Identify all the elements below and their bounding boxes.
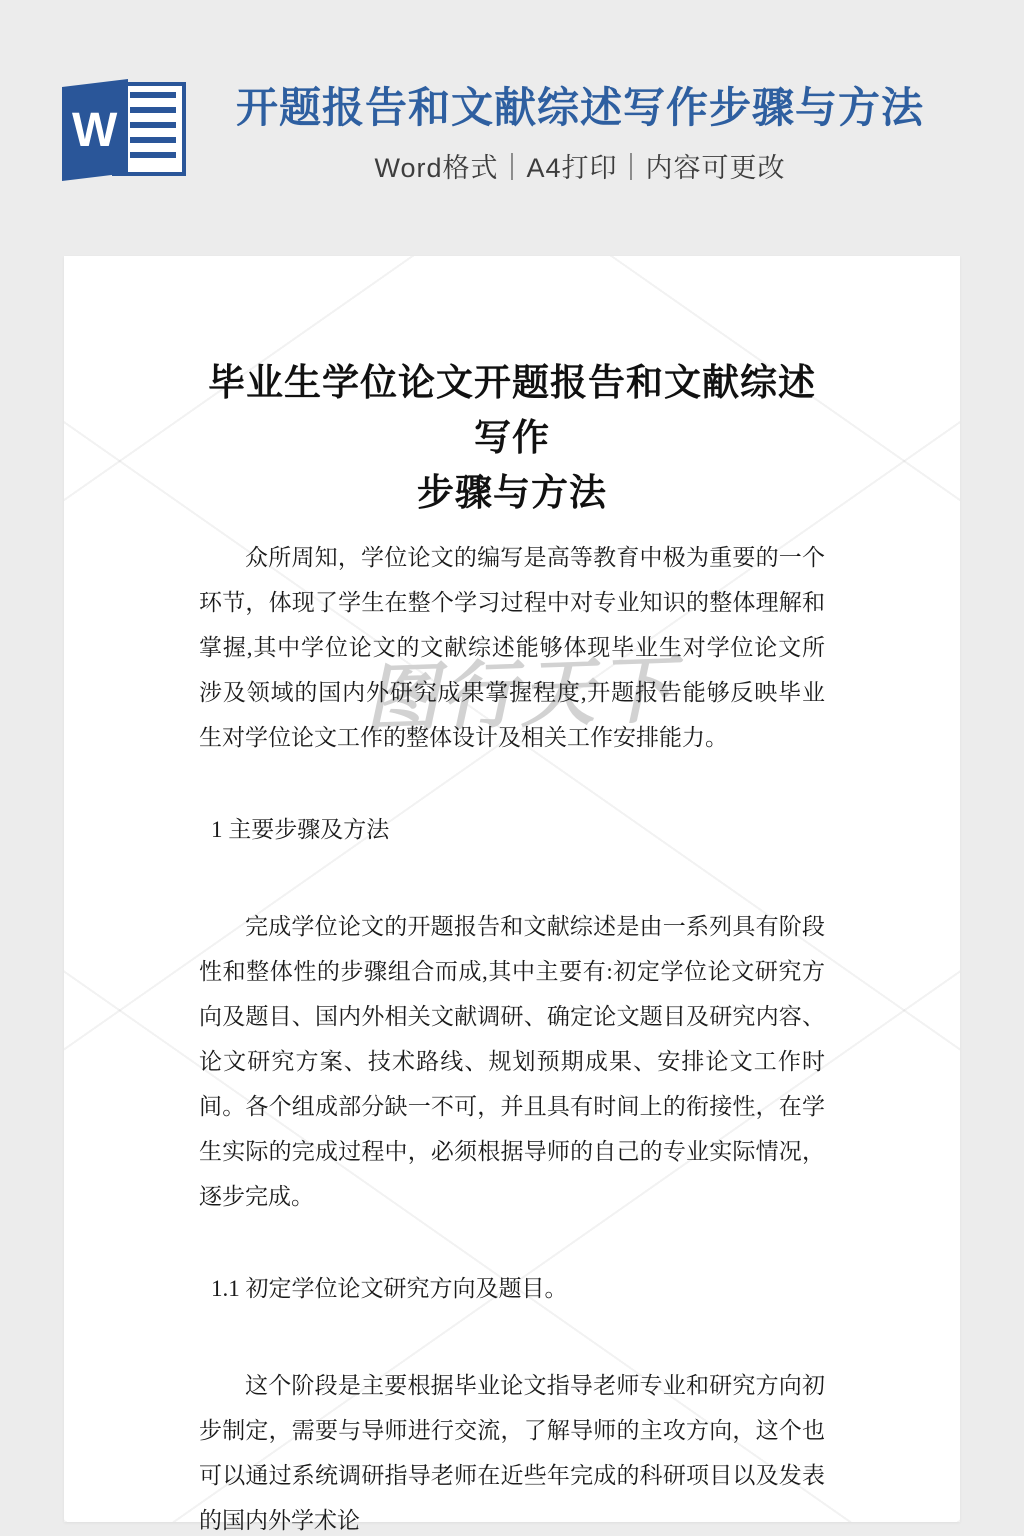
header-text: 开题报告和文献综述写作步骤与方法 Word格式｜A4打印｜内容可更改 <box>236 76 924 185</box>
template-subtitle: Word格式｜A4打印｜内容可更改 <box>236 146 924 185</box>
word-icon-text-lines <box>130 92 176 166</box>
paragraph-stage: 这个阶段是主要根据毕业论文指导老师专业和研究方向初步制定，需要与导师进行交流，了… <box>199 1363 825 1536</box>
document-title-line1: 毕业生学位论文开题报告和文献综述写作 <box>199 356 825 466</box>
document-page: 图行天下 毕业生学位论文开题报告和文献综述写作 步骤与方法 众所周知，学位论文的… <box>64 256 960 1522</box>
document-title: 毕业生学位论文开题报告和文献综述写作 步骤与方法 <box>199 356 825 521</box>
document-title-line2: 步骤与方法 <box>199 466 825 521</box>
word-icon-cover: W <box>62 79 128 181</box>
word-document-icon: W <box>62 76 186 184</box>
section-heading-1-1: 1.1 初定学位论文研究方向及题目。 <box>199 1266 825 1311</box>
header: W 开题报告和文献综述写作步骤与方法 Word格式｜A4打印｜内容可更改 <box>62 76 924 185</box>
word-icon-letter: W <box>72 103 117 158</box>
paragraph-intro: 众所周知，学位论文的编写是高等教育中极为重要的一个环节，体现了学生在整个学习过程… <box>199 535 825 760</box>
template-title: 开题报告和文献综述写作步骤与方法 <box>236 82 924 134</box>
section-heading-1: 1 主要步骤及方法 <box>199 807 825 852</box>
document-content: 毕业生学位论文开题报告和文献综述写作 步骤与方法 众所周知，学位论文的编写是高等… <box>199 356 825 1536</box>
paragraph-steps: 完成学位论文的开题报告和文献综述是由一系列具有阶段性和整体性的步骤组合而成,其中… <box>199 904 825 1219</box>
